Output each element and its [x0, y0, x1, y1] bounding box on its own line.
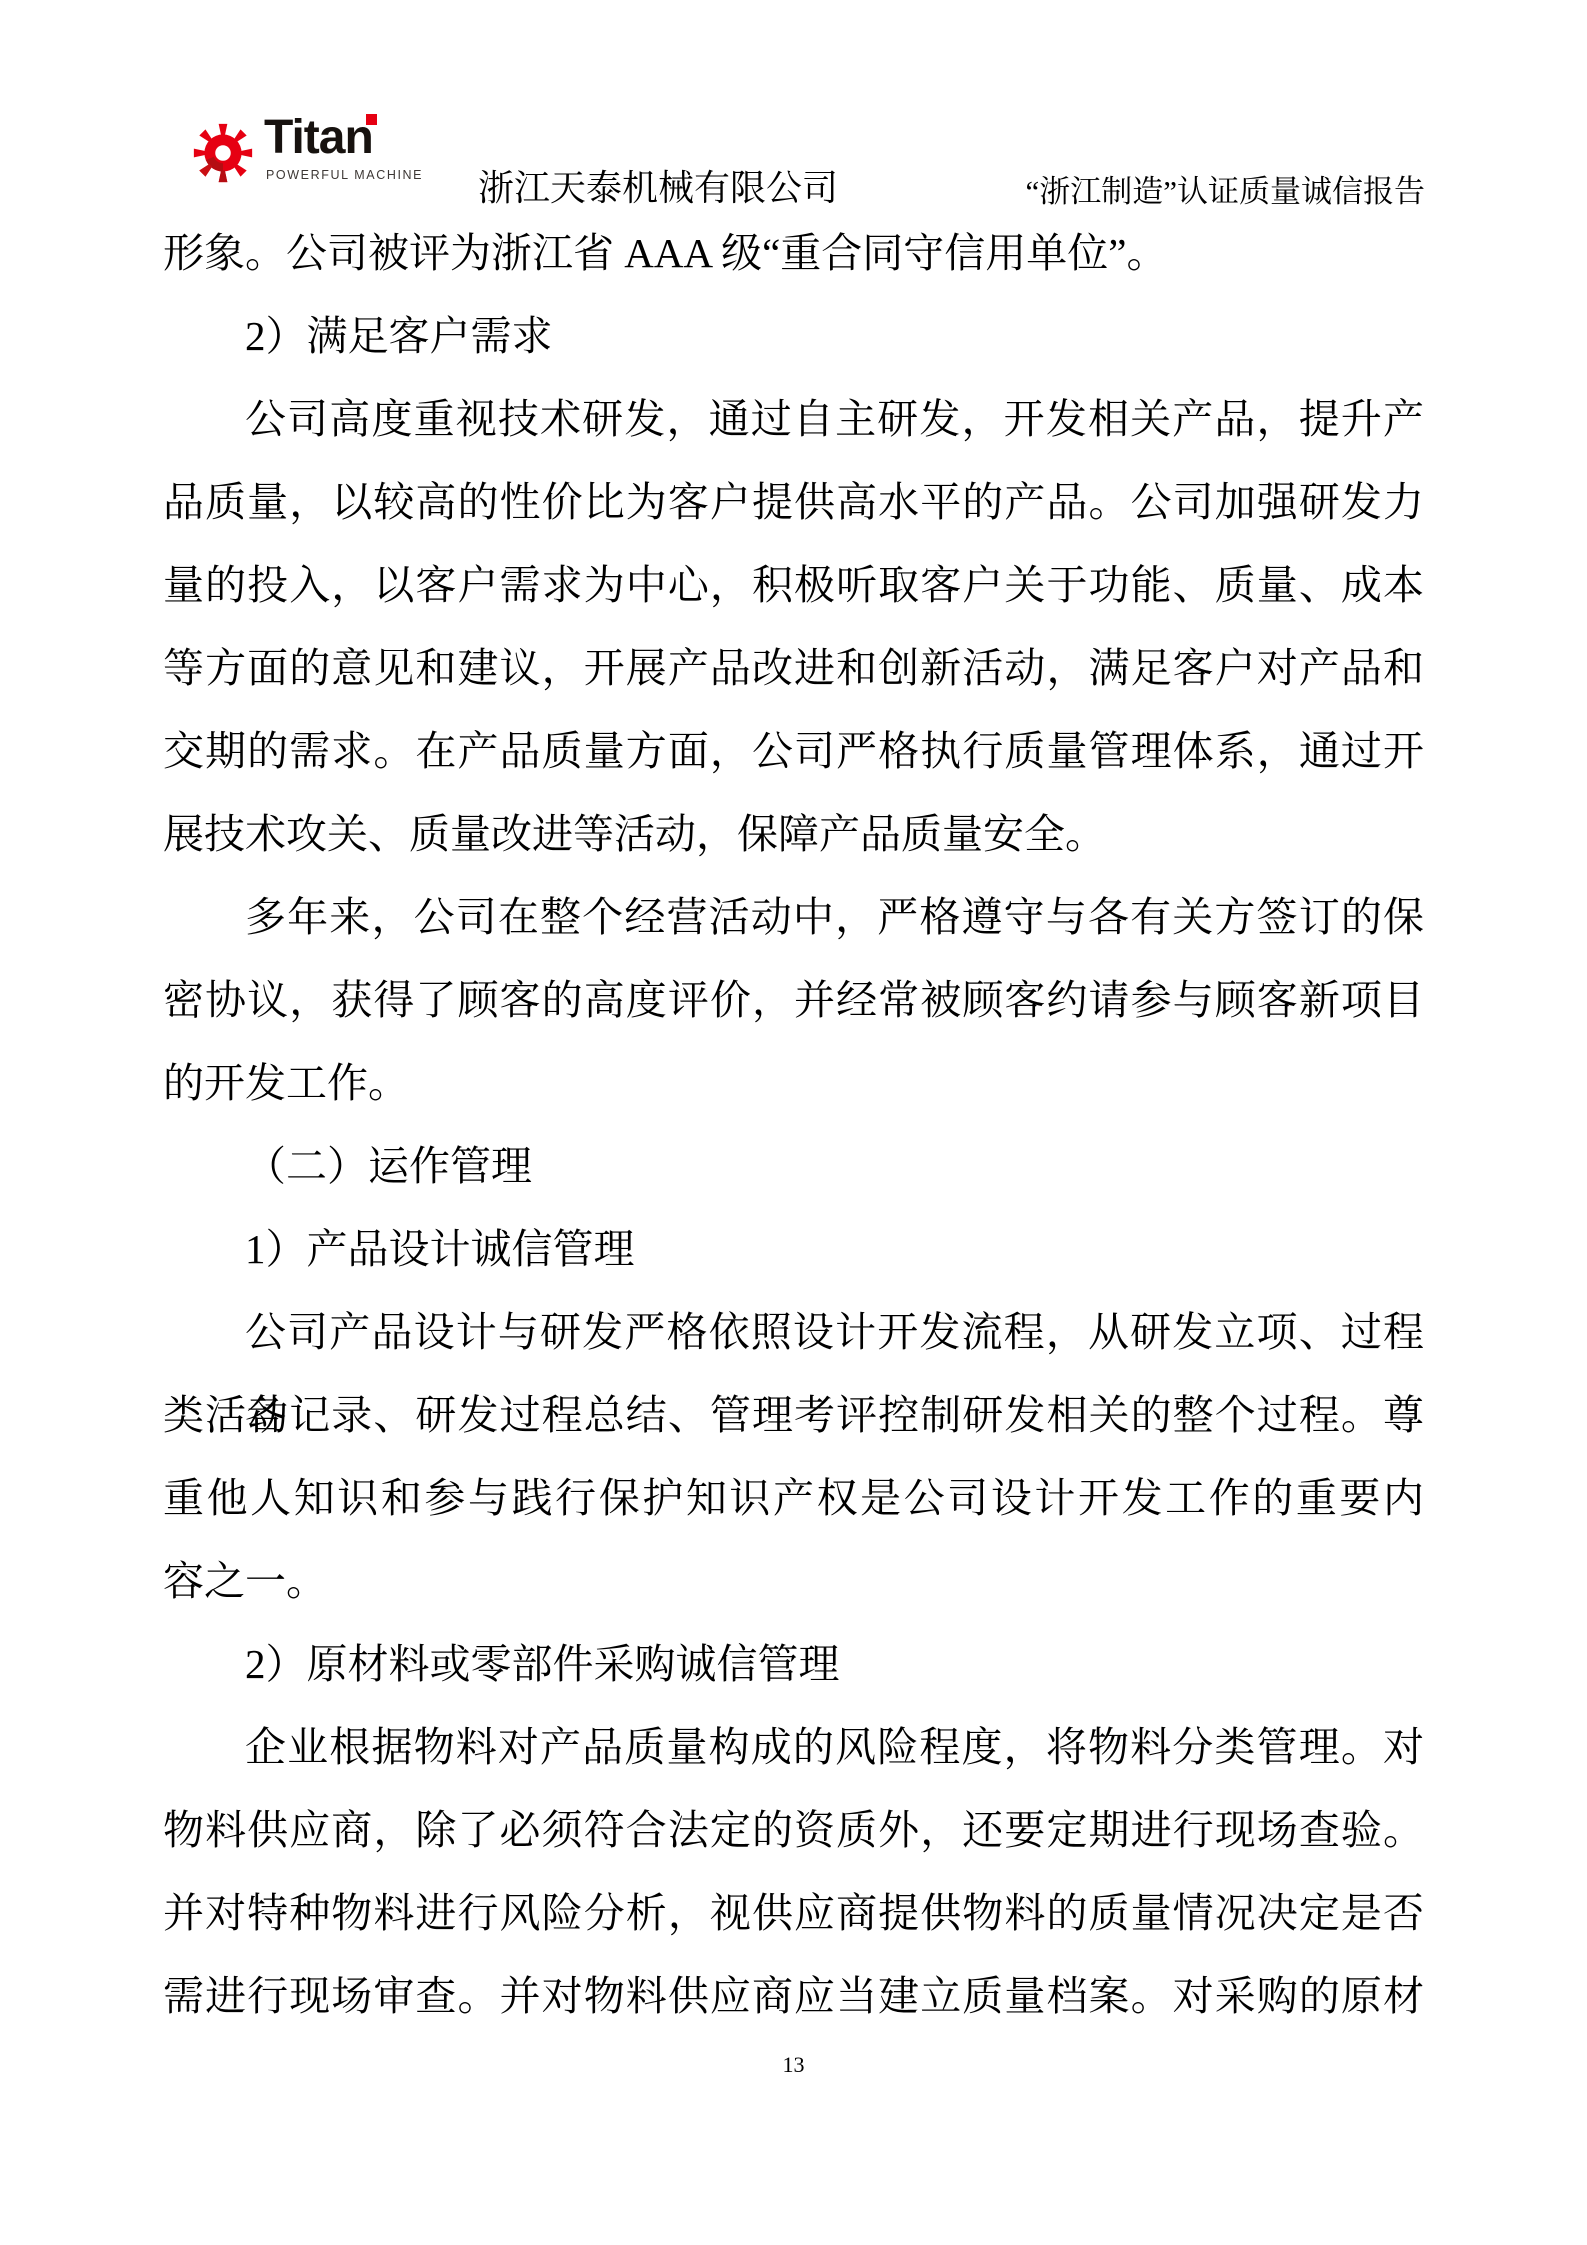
text-line: 多年来，公司在整个经营活动中，严格遵守与各有关方签订的保: [163, 876, 1424, 959]
text-line: 公司产品设计与研发严格依照设计开发流程，从研发立项、过程各: [163, 1291, 1424, 1374]
company-logo: Titan POWERFUL MACHINE: [192, 118, 452, 184]
text-line: 交期的需求。在产品质量方面，公司严格执行质量管理体系，通过开: [163, 710, 1424, 793]
text-line: 品质量，以较高的性价比为客户提供高水平的产品。公司加强研发力: [163, 461, 1424, 544]
brand-text: Titan: [264, 111, 373, 164]
text-line: 并对特种物料进行风险分析，视供应商提供物料的质量情况决定是否: [163, 1872, 1424, 1955]
body-text: 形象。公司被评为浙江省 AAA 级“重合同守信用单位”。2）满足客户需求公司高度…: [163, 212, 1424, 2038]
text-line: 的开发工作。: [163, 1042, 1424, 1125]
document-page: Titan POWERFUL MACHINE 浙江天泰机械有限公司 “浙江制造”…: [0, 0, 1587, 2245]
brand-tagline: POWERFUL MACHINE: [266, 168, 423, 182]
text-line: 密协议，获得了顾客的高度评价，并经常被顾客约请参与顾客新项目: [163, 959, 1424, 1042]
text-line: 类活动记录、研发过程总结、管理考评控制研发相关的整个过程。尊: [163, 1374, 1424, 1457]
text-line: 展技术攻关、质量改进等活动，保障产品质量安全。: [163, 793, 1424, 876]
text-line: 重他人知识和参与践行保护知识产权是公司设计开发工作的重要内: [163, 1457, 1424, 1540]
text-line: 量的投入，以客户需求为中心，积极听取客户关于功能、质量、成本: [163, 544, 1424, 627]
text-line: 1）产品设计诚信管理: [163, 1208, 1424, 1291]
text-line: 2）满足客户需求: [163, 295, 1424, 378]
text-line: 需进行现场审查。并对物料供应商应当建立质量档案。对采购的原材: [163, 1955, 1424, 2038]
company-name: 浙江天泰机械有限公司: [478, 170, 838, 206]
text-line: 容之一。: [163, 1540, 1424, 1623]
text-line: 物料供应商，除了必须符合法定的资质外，还要定期进行现场查验。: [163, 1789, 1424, 1872]
text-line: 公司高度重视技术研发，通过自主研发，开发相关产品，提升产: [163, 378, 1424, 461]
brand-wordmark: Titan: [264, 114, 373, 162]
text-line: 形象。公司被评为浙江省 AAA 级“重合同守信用单位”。: [163, 212, 1424, 295]
report-title: “浙江制造”认证质量诚信报告: [1025, 176, 1425, 207]
text-line: 等方面的意见和建议，开展产品改进和创新活动，满足客户对产品和: [163, 627, 1424, 710]
page-number: 13: [783, 2052, 805, 2077]
text-line: 企业根据物料对产品质量构成的风险程度，将物料分类管理。对: [163, 1706, 1424, 1789]
brand-i-dot-accent: [366, 114, 377, 125]
gear-icon: [192, 122, 254, 184]
page-footer: 13: [0, 2052, 1587, 2078]
text-line: 2）原材料或零部件采购诚信管理: [163, 1623, 1424, 1706]
text-line: （二）运作管理: [163, 1125, 1424, 1208]
